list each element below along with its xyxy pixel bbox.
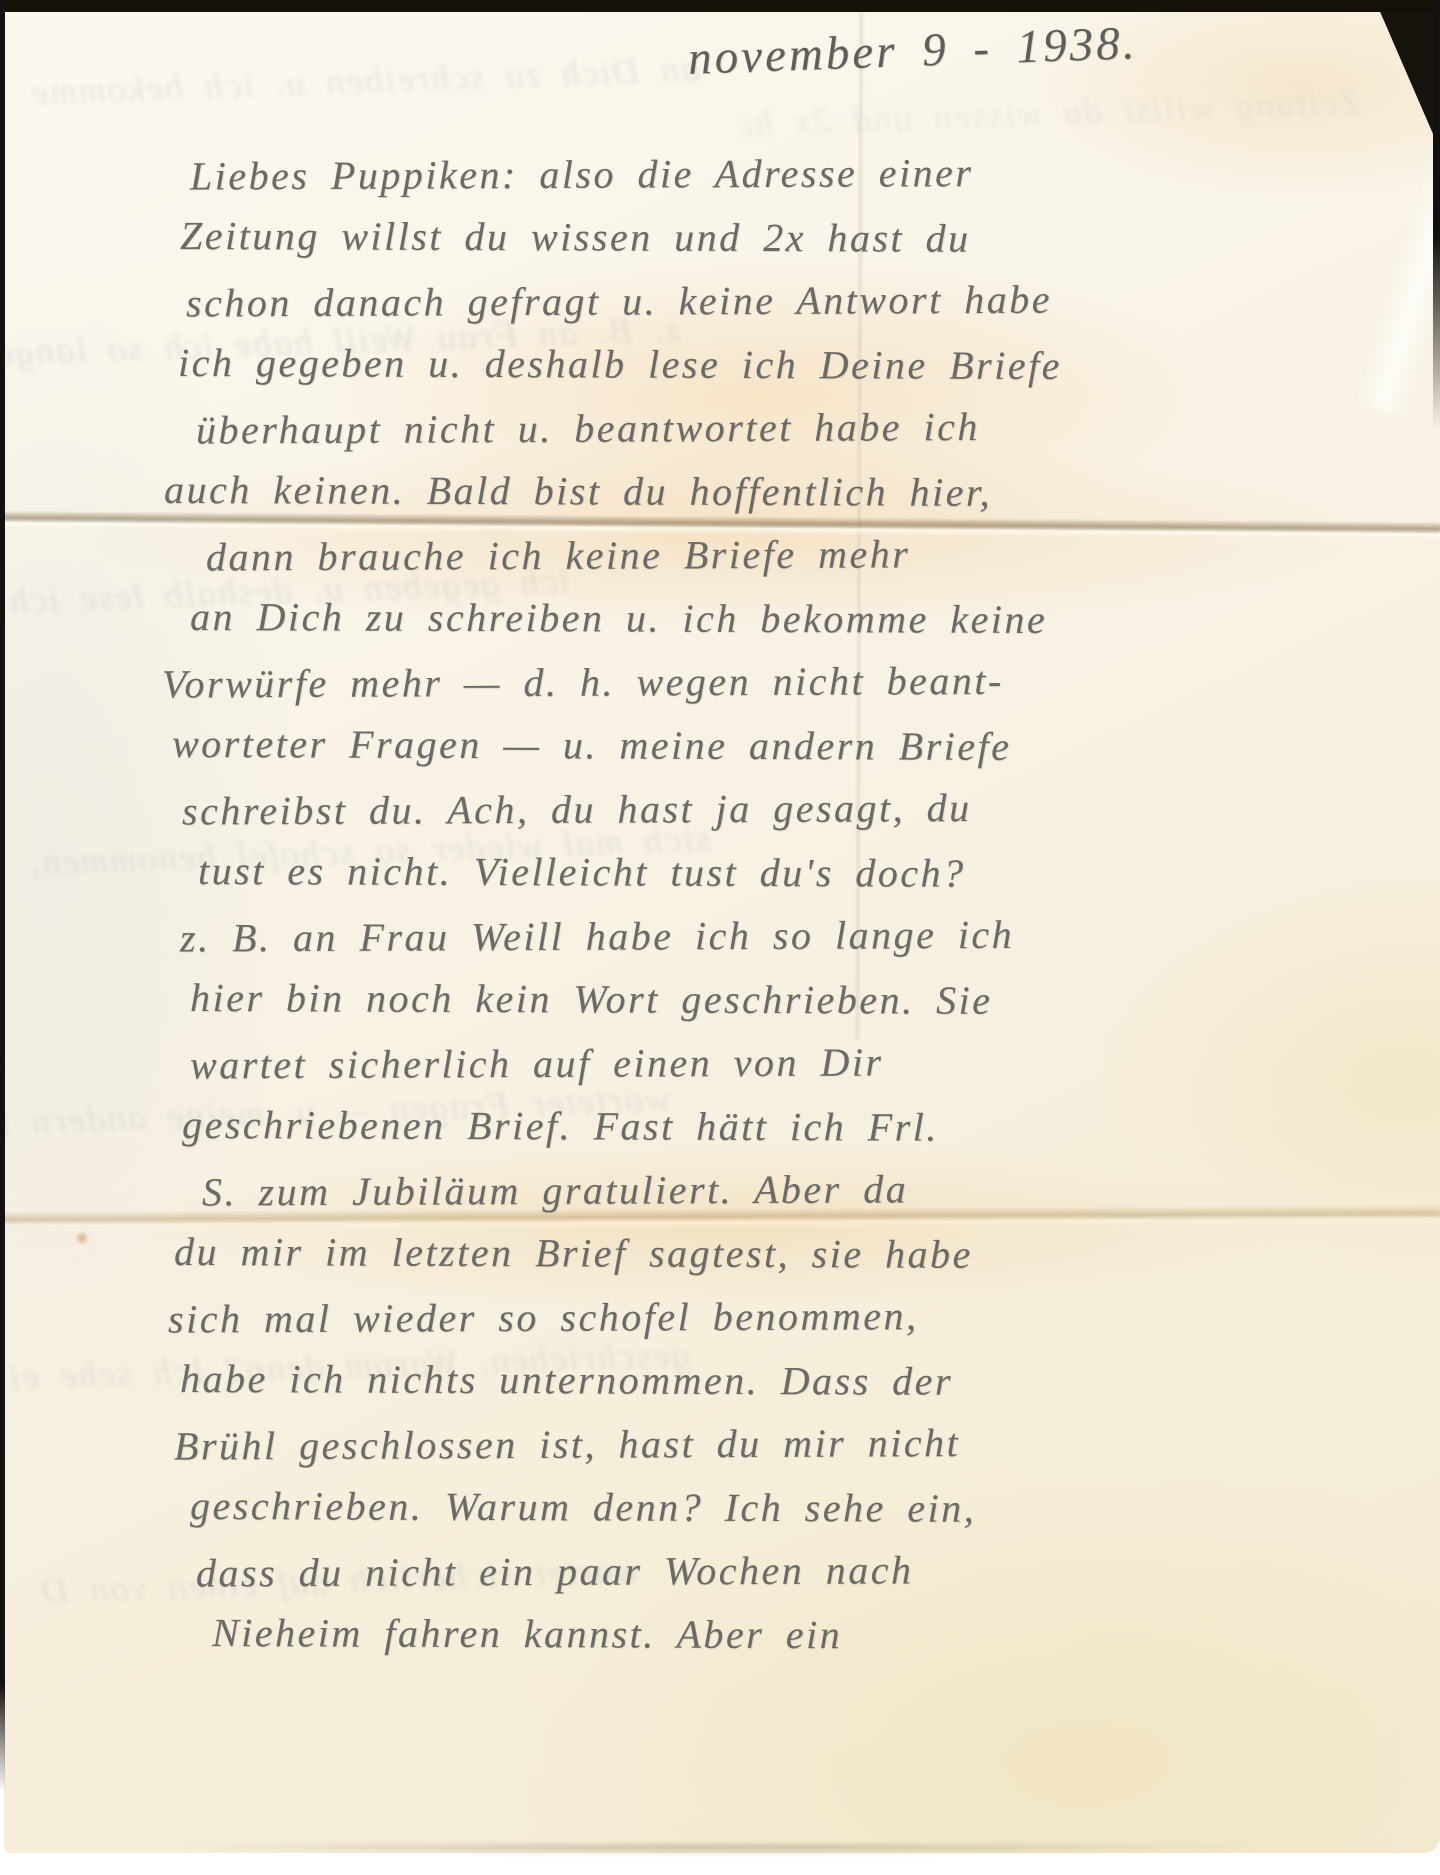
letter-line: Brühl geschlossen ist, hast du mir nicht [174, 1417, 1330, 1486]
scanner-edge-top [0, 0, 1440, 12]
letter-line: Zeitung willst du wissen und 2x hast du [180, 211, 1330, 279]
letter-line: an Dich zu schreiben u. ich bekomme kein… [190, 593, 1330, 660]
letter-line: wartet sicherlich auf einen von Dir [190, 1037, 1330, 1105]
letter-line: schreibst du. Ach, du hast ja gesagt, du [182, 782, 1330, 851]
letter-line: schon danach gefragt u. keine Antwort ha… [186, 275, 1330, 343]
letter-line: Vorwürfe mehr — d. h. wegen nicht beant- [162, 655, 1330, 724]
letter-line: hier bin noch kein Wort geschrieben. Sie [190, 974, 1330, 1041]
letter-line: tust es nicht. Vielleicht tust du's doch… [198, 847, 1330, 914]
letter-body: Liebes Puppiken: also die Adresse einer … [190, 150, 1330, 1674]
letter-line: du mir im letzten Brief sagtest, sie hab… [174, 1227, 1330, 1295]
paper-bottom-edge-shadow [0, 1844, 1440, 1860]
letter-line: worteter Fragen — u. meine andern Briefe [172, 719, 1330, 787]
scanner-edge-right [1433, 0, 1440, 430]
letter-line: sich mal wieder so schofel benommen, [168, 1290, 1330, 1359]
letter-line: Liebes Puppiken: also die Adresse einer [190, 148, 1330, 216]
letter-line: z. B. an Frau Weill habe ich so lange ic… [180, 909, 1330, 978]
letter-line: geschriebenen Brief. Fast hätt ich Frl. [182, 1100, 1330, 1168]
letter-line: geschrieben. Warum denn? Ich sehe ein, [190, 1482, 1330, 1549]
letter-line: habe ich nichts unternommen. Dass der [180, 1354, 1330, 1422]
rust-stain [74, 1232, 90, 1244]
letter-line: dass du nicht ein paar Wochen nach [196, 1545, 1330, 1613]
scanner-edge-left [0, 0, 5, 1792]
scanned-letter-page: an Dich zu schreiben u. ich bekomme kein… [0, 0, 1440, 1875]
letter-line: auch keinen. Bald bist du hoffentlich hi… [164, 465, 1330, 533]
letter-line: überhaupt nicht u. beantwortet habe ich [196, 402, 1330, 470]
letter-line: Nieheim fahren kannst. Aber ein [212, 1609, 1330, 1676]
letter-line: S. zum Jubiläum gratuliert. Aber da [202, 1164, 1330, 1232]
letter-line: dann brauche ich keine Briefe mehr [206, 529, 1330, 597]
letter-line: ich gegeben u. deshalb lese ich Deine Br… [178, 338, 1330, 406]
